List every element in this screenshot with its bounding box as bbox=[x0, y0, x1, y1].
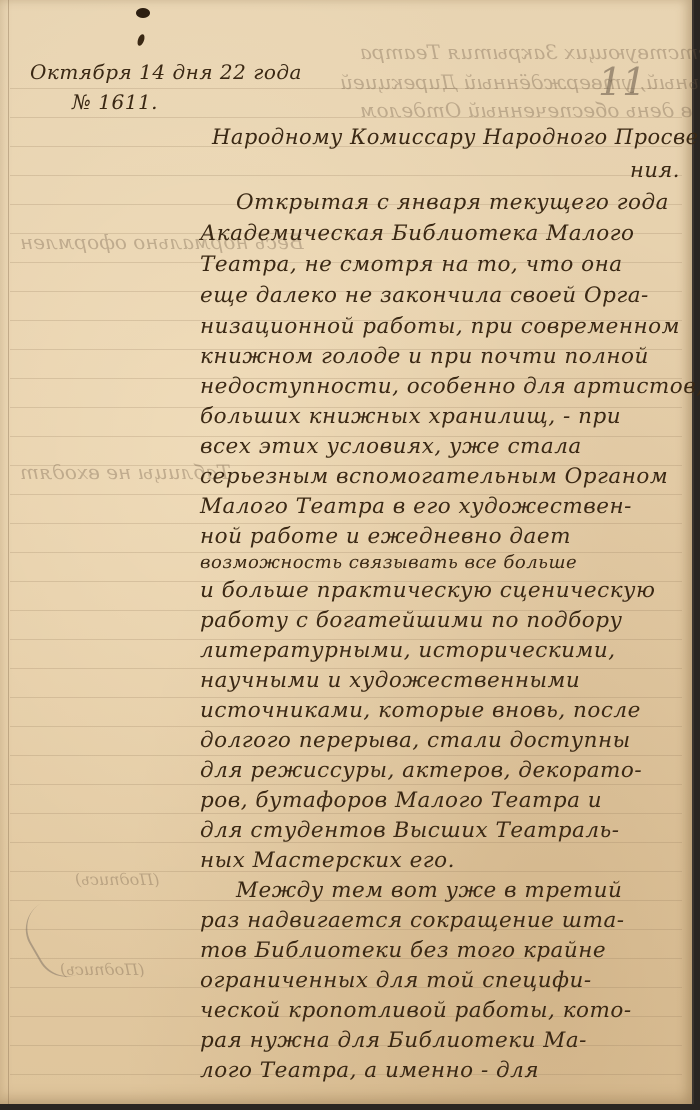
document-sheet: Соответствующих Закрытия Театра детальны… bbox=[0, 0, 694, 1104]
body-line: книжном голоде и при почти полной bbox=[200, 344, 649, 369]
addressee-line-1: Народному Комиссару Народного Просвеще- bbox=[212, 125, 700, 149]
body-line: научными и художественными bbox=[200, 668, 580, 693]
margin-pencil-note: (Подпись) bbox=[60, 960, 145, 979]
body-line: для студентов Высших Театраль- bbox=[200, 818, 620, 843]
body-line: ров, бутафоров Малого Театра и bbox=[200, 788, 602, 813]
folio-mark: 11 bbox=[598, 60, 646, 104]
body-line: тов Библиотеки без того крайне bbox=[200, 938, 606, 963]
document-date: Октября 14 дня 22 года bbox=[30, 60, 302, 84]
bleed-through-text: Соответствующих Закрытия Театра bbox=[360, 40, 700, 64]
body-line: ограниченных для той специфи- bbox=[200, 968, 592, 993]
body-line: всех этих условиях, уже стала bbox=[200, 434, 582, 459]
body-line: лого Театра, а именно - для bbox=[200, 1058, 539, 1083]
ink-blot bbox=[136, 33, 146, 46]
body-line: низационной работы, при современном bbox=[200, 314, 680, 339]
body-line: источниками, которые вновь, после bbox=[200, 698, 641, 723]
body-line: ных Мастерских его. bbox=[200, 848, 455, 873]
addressee-line-2: ния. bbox=[630, 158, 680, 182]
body-line: ческой кропотливой работы, кото- bbox=[200, 998, 632, 1023]
margin-line bbox=[8, 0, 9, 1104]
margin-pencil-note: (Подпись) bbox=[75, 870, 160, 889]
body-line: Малого Театра в его художествен- bbox=[200, 494, 632, 519]
document-number: № 1611. bbox=[72, 90, 158, 114]
body-line: для режиссуры, актеров, декорато- bbox=[200, 758, 642, 783]
body-line: еще далеко не закончила своей Орга- bbox=[200, 283, 649, 308]
body-line: долгого перерыва, стали доступны bbox=[200, 728, 631, 753]
body-line: Театра, не смотря на то, что она bbox=[200, 252, 623, 277]
body-line: больших книжных хранилищ, - при bbox=[200, 404, 621, 429]
ink-blot bbox=[136, 8, 150, 18]
body-line: и больше практическую сценическую bbox=[200, 578, 655, 603]
body-line: рая нужна для Библиотеки Ма- bbox=[200, 1028, 587, 1053]
body-line: серьезным вспомогательным Органом bbox=[200, 464, 668, 489]
body-line: Между тем вот уже в третий bbox=[236, 878, 622, 903]
body-line: раз надвигается сокращение шта- bbox=[200, 908, 625, 933]
body-line: возможность связывать все больше bbox=[200, 552, 577, 573]
body-line: литературными, историческими, bbox=[200, 638, 616, 663]
body-line: работу с богатейшими по подбору bbox=[200, 608, 623, 633]
body-line: Академическая Библиотека Малого bbox=[200, 221, 634, 246]
body-line: Открытая с января текущего года bbox=[236, 190, 669, 215]
body-line: ной работе и ежедневно дает bbox=[200, 524, 571, 549]
body-line: недоступности, особенно для артистов, bbox=[200, 374, 700, 399]
